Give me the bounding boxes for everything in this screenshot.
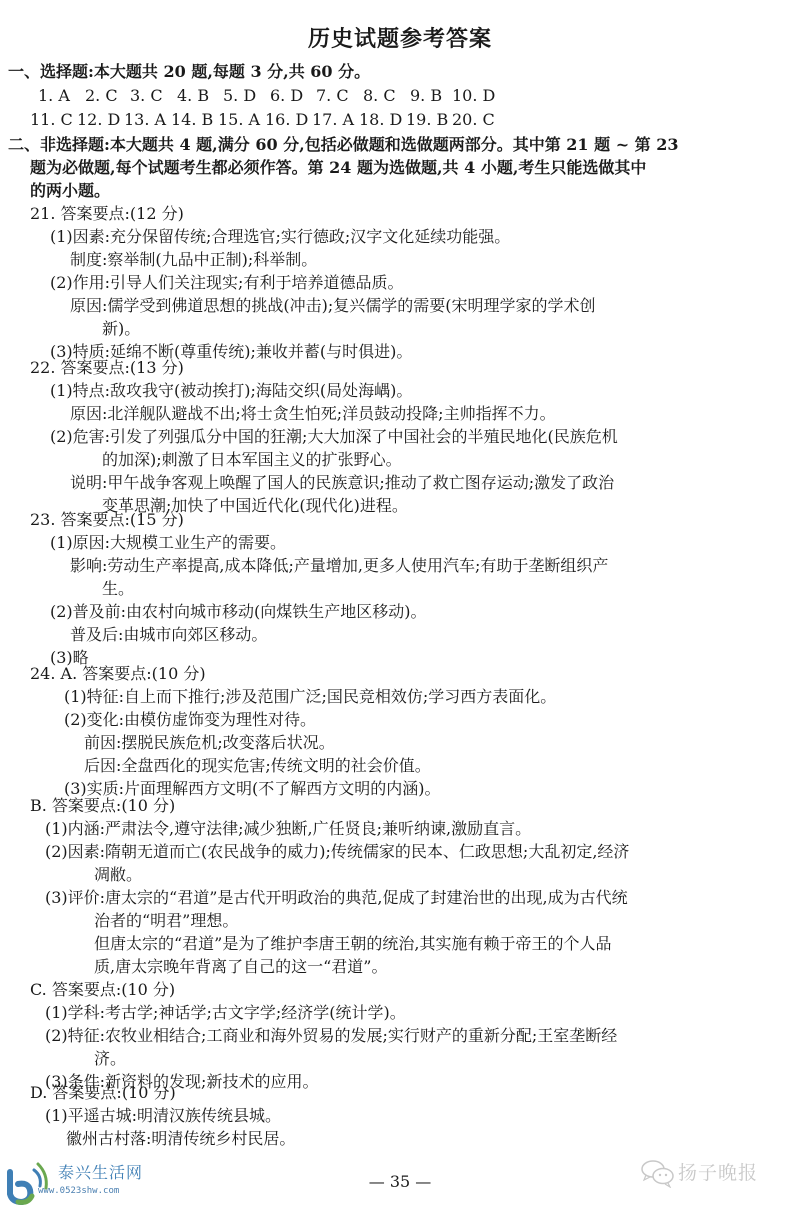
answer-line: 原因:儒学受到佛道思想的挑战(冲击);复兴儒学的需要(宋明理学家的学术创 — [70, 296, 596, 316]
q24d-heading: D. 答案要点:(10 分) — [30, 1083, 176, 1103]
taixing-logo-icon — [4, 1158, 50, 1206]
answer-item: 12. D — [77, 110, 120, 129]
answer-item: 9. B — [410, 86, 442, 105]
q24b-heading: B. 答案要点:(10 分) — [30, 796, 175, 816]
answer-line: (1)平遥古城:明清汉族传统县城。 — [45, 1106, 281, 1126]
answer-line: 说明:甲午战争客观上唤醒了国人的民族意识;推动了救亡图存运动;激发了政治 — [70, 473, 614, 493]
answer-key-page: 历史试题参考答案 一、选择题:本大题共 20 题,每题 3 分,共 60 分。 … — [0, 0, 800, 1209]
answer-line: 前因:摆脱民族危机;改变落后状况。 — [84, 733, 335, 753]
answer-line: (2)普及前:由农村向城市移动(向煤铁生产地区移动)。 — [50, 602, 427, 622]
answer-line: (1)内涵:严肃法令,遵守法律;减少独断,广任贤良;兼听纳谏,激励直言。 — [45, 819, 531, 839]
answer-line: 质,唐太宗晚年背离了自己的这一“君道”。 — [94, 957, 387, 977]
answer-item: 13. A — [124, 110, 166, 129]
answer-line: 治者的“明君”理想。 — [94, 911, 238, 931]
answer-item: 1. A — [38, 86, 70, 105]
answer-line: 后因:全盘西化的现实危害;传统文明的社会价值。 — [84, 756, 431, 776]
taixing-life-watermark: 泰兴生活网 www.0523shw.com — [4, 1158, 164, 1206]
answer-line: 影响:劳动生产率提高,成本降低;产量增加,更多人使用汽车;有助于垄断组织产 — [70, 556, 608, 576]
answer-line: 制度:察举制(九品中正制);科举制。 — [70, 250, 317, 270]
answer-item: 17. A — [312, 110, 354, 129]
answer-line: 济。 — [94, 1049, 126, 1069]
answers-row-1: 1. A 2. C 3. C 4. B 5. D 6. D 7. C 8. C … — [0, 86, 800, 108]
page-title: 历史试题参考答案 — [0, 22, 800, 53]
answer-item: 20. C — [452, 110, 495, 129]
answer-line: (2)因素:隋朝无道而亡(农民战争的威力);传统儒家的民本、仁政思想;大乱初定,… — [45, 842, 629, 862]
watermark-brand-right: 扬子晚报 — [678, 1158, 758, 1185]
answer-item: 14. B — [171, 110, 213, 129]
answer-line: (2)变化:由模仿虚饰变为理性对待。 — [64, 710, 316, 730]
section2-heading-line-2: 题为必做题,每个试题考生都必须作答。第 24 题为选做题,共 4 小题,考生只能… — [30, 158, 646, 178]
answer-line: 生。 — [102, 579, 134, 599]
answer-line: (1)学科:考古学;神话学;古文字学;经济学(统计学)。 — [45, 1003, 406, 1023]
section2-heading-line-1: 二、非选择题:本大题共 4 题,满分 60 分,包括必做题和选做题两部分。其中第… — [8, 135, 679, 155]
answer-line: (2)特征:农牧业相结合;工商业和海外贸易的发展;实行财产的重新分配;王室垄断经 — [45, 1026, 617, 1046]
answer-item: 18. D — [359, 110, 402, 129]
answer-item: 4. B — [177, 86, 209, 105]
answer-line: 新)。 — [102, 319, 140, 339]
watermark-brand-left: 泰兴生活网 — [58, 1160, 143, 1183]
answer-item: 8. C — [363, 86, 396, 105]
answer-item: 11. C — [30, 110, 73, 129]
answer-item: 6. D — [270, 86, 303, 105]
answer-item: 10. D — [452, 86, 495, 105]
answer-line: (1)特征:自上而下推行;涉及范围广泛;国民竞相效仿;学习西方表面化。 — [64, 687, 556, 707]
answer-item: 15. A — [218, 110, 260, 129]
answer-line: (2)危害:引发了列强瓜分中国的狂潮;大大加深了中国社会的半殖民地化(民族危机 — [50, 427, 618, 447]
section2-heading-line-3: 的两小题。 — [30, 181, 110, 201]
section1-heading: 一、选择题:本大题共 20 题,每题 3 分,共 60 分。 — [8, 62, 370, 82]
answer-line: 原因:北洋舰队避战不出;将士贪生怕死;洋员鼓动投降;主帅指挥不力。 — [70, 404, 556, 424]
answer-line: 但唐太宗的“君道”是为了维护李唐王朝的统治,其实施有赖于帝王的个人品 — [94, 934, 611, 954]
answer-line: (1)特点:敌攻我守(被动挨打);海陆交织(局处海嵎)。 — [50, 381, 412, 401]
answer-line: 普及后:由城市向郊区移动。 — [70, 625, 267, 645]
yangtse-evening-watermark: 扬子晚报 — [640, 1156, 800, 1192]
q24a-heading: 24. A. 答案要点:(10 分) — [30, 664, 206, 684]
answer-item: 7. C — [316, 86, 349, 105]
answers-row-2: 11. C 12. D 13. A 14. B 15. A 16. D 17. … — [0, 110, 800, 132]
answer-line: (1)原因:大规模工业生产的需要。 — [50, 533, 286, 553]
answer-item: 16. D — [265, 110, 308, 129]
answer-line: (2)作用:引导人们关注现实;有利于培养道德品质。 — [50, 273, 403, 293]
q22-heading: 22. 答案要点:(13 分) — [30, 358, 184, 378]
q23-heading: 23. 答案要点:(15 分) — [30, 510, 184, 530]
wechat-icon — [640, 1158, 676, 1188]
q24c-heading: C. 答案要点:(10 分) — [30, 980, 175, 1000]
answer-item: 2. C — [85, 86, 118, 105]
answer-item: 5. D — [223, 86, 256, 105]
answer-line: (1)因素:充分保留传统;合理选官;实行德政;汉字文化延续功能强。 — [50, 227, 510, 247]
answer-line: (3)评价:唐太宗的“君道”是古代开明政治的典范,促成了封建治世的出现,成为古代… — [45, 888, 628, 908]
answer-line: 徽州古村落:明清传统乡村民居。 — [66, 1129, 295, 1149]
answer-item: 19. B — [406, 110, 448, 129]
q21-heading: 21. 答案要点:(12 分) — [30, 204, 184, 224]
answer-line: 凋敝。 — [94, 865, 142, 885]
answer-item: 3. C — [130, 86, 163, 105]
answer-line: 的加深);刺激了日本军国主义的扩张野心。 — [102, 450, 402, 470]
watermark-url: www.0523shw.com — [38, 1186, 119, 1196]
